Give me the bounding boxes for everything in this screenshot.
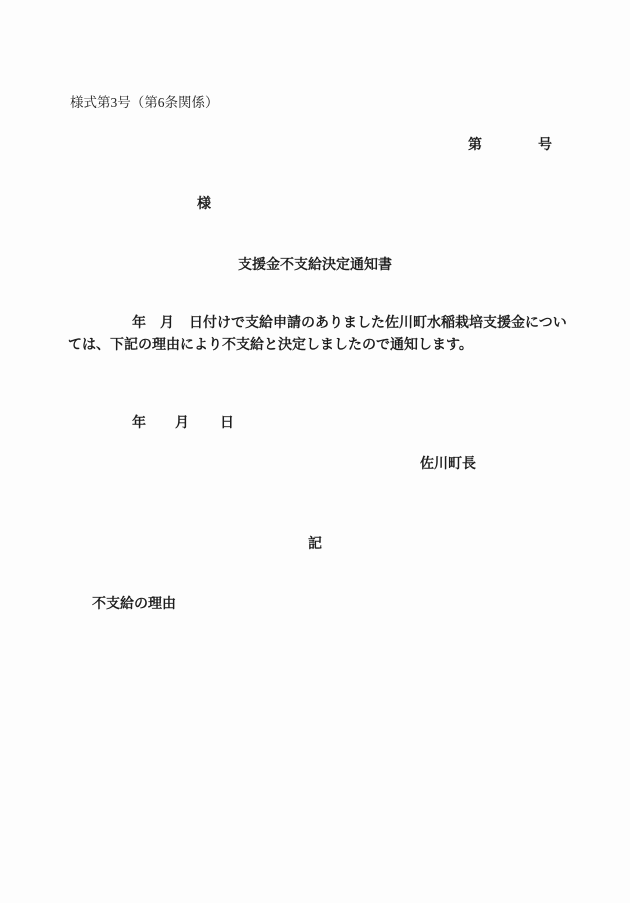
doc-number-suffix: 号 — [538, 136, 552, 152]
reason-heading: 不支給の理由 — [92, 596, 176, 611]
doc-number-prefix: 第 — [468, 136, 482, 152]
issue-date-day: 日 — [220, 414, 234, 430]
body-date-year: 年 — [132, 314, 146, 330]
issue-date-month: 月 — [175, 414, 189, 430]
body-line-1-text: 日付けで支給申請のありました佐川町水稲栽培支援金につい — [189, 314, 567, 330]
issue-date-line: 年月日 — [132, 415, 234, 430]
issue-date-blank-2 — [189, 426, 220, 427]
body-date-blank-2 — [174, 326, 189, 327]
addressee-honorific: 様 — [197, 196, 211, 211]
body-line-2: ては、下記の理由により不支給と決定しましたので通知します。 — [68, 337, 473, 352]
body-date-month: 月 — [160, 314, 174, 330]
body-date-blank-1 — [146, 326, 160, 327]
document-page: 様式第3号（第6条関係） 第号 様 支援金不支給決定通知書 年月日付けで支給申請… — [0, 0, 630, 903]
issue-date-blank-1 — [146, 426, 175, 427]
issue-date-year: 年 — [132, 414, 146, 430]
body-line-1: 年月日付けで支給申請のありました佐川町水稲栽培支援金につい — [132, 315, 567, 330]
sender-name: 佐川町長 — [420, 456, 476, 471]
document-title: 支援金不支給決定通知書 — [0, 257, 630, 272]
doc-number-blank — [482, 148, 538, 149]
document-number-line: 第号 — [468, 137, 552, 152]
record-marker: 記 — [0, 536, 630, 551]
form-number-label: 様式第3号（第6条関係） — [70, 95, 219, 110]
